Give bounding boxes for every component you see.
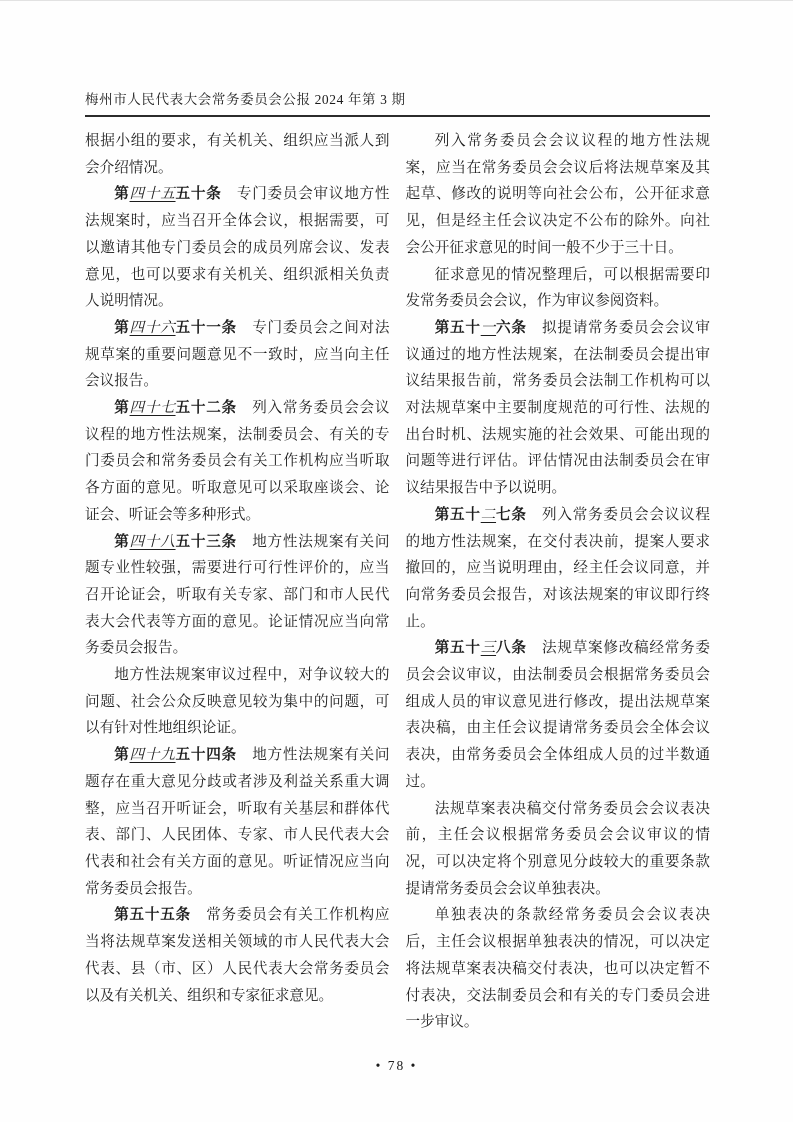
body-text: 征求意见的情况整理后，可以根据需要印发常务委员会会议，作为审议参阅资料。 [406, 267, 711, 310]
article-number: 第五十五条 [114, 907, 191, 923]
article-number: 六条 [496, 320, 527, 336]
paragraph: 单独表决的条款经常务委员会会议表决后，主任会议根据单独表决的情况，可以决定将法规… [406, 902, 711, 1036]
article-number: 七条 [496, 507, 527, 523]
article-number: 第 [114, 534, 129, 550]
article-number: 五十三条 [176, 534, 237, 550]
body-text: 单独表决的条款经常务委员会会议表决后，主任会议根据单独表决的情况，可以决定将法规… [406, 907, 711, 1030]
old-article-number-underlined: 四十七 [130, 400, 176, 416]
body-text: 地方性法规案审议过程中，对争议较大的问题、社会公众反映意见较为集中的问题，可以有… [85, 667, 390, 736]
body-text: 法规草案表决稿交付常务委员会会议表决前，主任会议根据常务委员会会议审议的情况，可… [406, 801, 711, 897]
article-number: 五十条 [176, 186, 222, 202]
paragraph: 列入常务委员会会议议程的地方性法规案，应当在常务委员会会议后将法规草案及其起草、… [406, 128, 711, 262]
header-rule [85, 115, 710, 117]
body-text: 专门委员会审议地方性法规案时，应当召开全体会议，根据需要，可以邀请其他专门委员会… [85, 186, 390, 309]
old-article-number-underlined: 四十九 [130, 747, 176, 763]
body-text: 地方性法规案有关问题专业性较强，需要进行可行性评价的，应当召开论证会，听取有关专… [85, 534, 390, 657]
article-number: 第 [114, 400, 129, 416]
article-number: 五十一条 [176, 320, 237, 336]
paragraph: 征求意见的情况整理后，可以根据需要印发常务委员会会议，作为审议参阅资料。 [406, 262, 711, 315]
body-text: 地方性法规案有关问题存在重大意见分歧或者涉及利益关系重大调整，应当召开听证会，听… [85, 747, 390, 897]
paragraph: 第四十九五十四条 地方性法规案有关问题存在重大意见分歧或者涉及利益关系重大调整，… [85, 742, 390, 902]
paragraph: 第五十二七条 列入常务委员会会议议程的地方性法规案，在交付表决前，提案人要求撤回… [406, 502, 711, 636]
article-number: 第 [114, 747, 129, 763]
paragraph: 第四十六五十一条 专门委员会之间对法规草案的重要问题意见不一致时，应当向主任会议… [85, 315, 390, 395]
paragraph: 第四十五五十条 专门委员会审议地方性法规案时，应当召开全体会议，根据需要，可以邀… [85, 181, 390, 315]
paragraph: 法规草案表决稿交付常务委员会会议表决前，主任会议根据常务委员会会议审议的情况，可… [406, 796, 711, 903]
old-article-number-underlined: 三 [481, 640, 496, 656]
old-article-number-underlined: 四十五 [130, 186, 176, 202]
paragraph: 地方性法规案审议过程中，对争议较大的问题、社会公众反映意见较为集中的问题，可以有… [85, 662, 390, 742]
bulletin-header-title: 梅州市人民代表大会常务委员会公报 2024 年第 3 期 [85, 88, 710, 108]
article-number: 第五十 [435, 507, 481, 523]
article-number: 五十二条 [176, 400, 237, 416]
body-text: 根据小组的要求，有关机关、组织应当派人到会介绍情况。 [85, 133, 390, 176]
article-number: 第五十 [435, 320, 481, 336]
document-page: 梅州市人民代表大会常务委员会公报 2024 年第 3 期 根据小组的要求，有关机… [0, 0, 793, 1122]
article-number: 五十四条 [176, 747, 237, 763]
article-number: 第五十 [435, 640, 481, 656]
old-article-number-underlined: 二 [481, 507, 496, 523]
old-article-number-underlined: 四十八 [130, 534, 176, 550]
paragraph: 第五十三八条 法规草案修改稿经常务委员会会议审议，由法制委员会根据常务委员会组成… [406, 635, 711, 795]
body-text: 列入常务委员会会议议程的地方性法规案，应当在常务委员会会议后将法规草案及其起草、… [406, 133, 711, 256]
paragraph: 第五十五条 常务委员会有关工作机构应当将法规草案发送相关领域的市人民代表大会代表… [85, 902, 390, 1009]
document-columns: 根据小组的要求，有关机关、组织应当派人到会介绍情况。第四十五五十条 专门委员会审… [85, 128, 710, 1036]
paragraph: 第四十八五十三条 地方性法规案有关问题专业性较强，需要进行可行性评价的，应当召开… [85, 529, 390, 663]
article-number: 八条 [496, 640, 527, 656]
paragraph: 第五十一六条 拟提请常务委员会会议审议通过的地方性法规案，在法制委员会提出审议结… [406, 315, 711, 502]
body-text: 拟提请常务委员会会议审议通过的地方性法规案，在法制委员会提出审议结果报告前，常务… [406, 320, 711, 496]
paragraph: 第四十七五十二条 列入常务委员会会议议程的地方性法规案，法制委员会、有关的专门委… [85, 395, 390, 529]
paragraph: 根据小组的要求，有关机关、组织应当派人到会介绍情况。 [85, 128, 390, 181]
article-number: 第 [114, 320, 129, 336]
old-article-number-underlined: 四十六 [130, 320, 176, 336]
body-text: 列入常务委员会会议议程的地方性法规案，法制委员会、有关的专门委员会和常务委员会有… [85, 400, 390, 523]
body-text: 列入常务委员会会议议程的地方性法规案，在交付表决前，提案人要求撤回的，应当说明理… [406, 507, 711, 630]
old-article-number-underlined: 一 [481, 320, 496, 336]
page-number: • 78 • [0, 1058, 793, 1074]
body-text: 法规草案修改稿经常务委员会会议审议，由法制委员会根据常务委员会组成人员的审议意见… [406, 640, 711, 790]
article-number: 第 [114, 186, 129, 202]
